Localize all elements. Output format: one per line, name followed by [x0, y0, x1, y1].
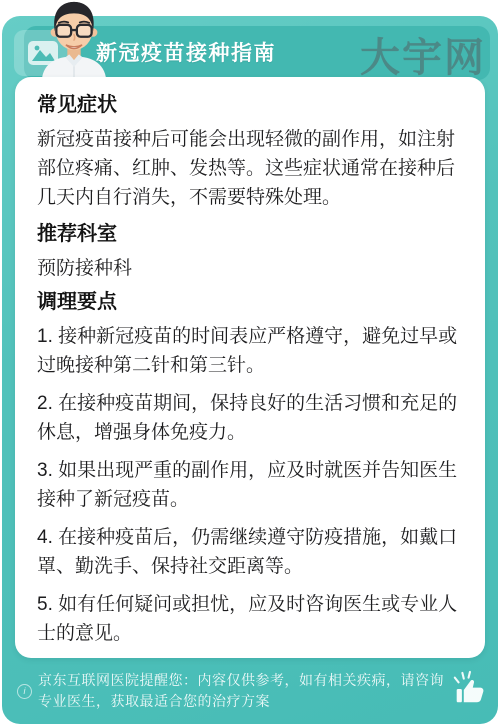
watermark: 大宇网	[360, 26, 486, 83]
section-heading-tips: 调理要点	[37, 289, 463, 315]
department-text: 预防接种科	[37, 254, 463, 283]
section-heading-department: 推荐科室	[37, 221, 463, 247]
tip-item-1: 1. 接种新冠疫苗的时间表应严格遵守，避免过早或过晚接种第二针和第三针。	[37, 322, 463, 380]
thumbs-up-icon[interactable]	[451, 670, 487, 708]
content-card: 常见症状 新冠疫苗接种后可能会出现轻微的副作用，如注射部位疼痛、红肿、发热等。这…	[15, 77, 485, 658]
footer-disclaimer: 京东互联网医院提醒您：内容仅供参考，如有相关疾病，请咨询专业医生，获取最适合您的…	[38, 670, 458, 712]
tip-item-4: 4. 在接种疫苗后，仍需继续遵守防疫措施，如戴口罩、勤洗手、保持社交距离等。	[37, 523, 463, 581]
tip-item-2: 2. 在接种疫苗期间，保持良好的生活习惯和充足的休息，增强身体免疫力。	[37, 389, 463, 447]
info-circle-icon: i	[17, 684, 32, 699]
tip-item-3: 3. 如果出现严重的副作用，应及时就医并告知医生接种了新冠疫苗。	[37, 456, 463, 514]
tip-item-5: 5. 如有任何疑问或担忧，应及时咨询医生或专业人士的意见。	[37, 590, 463, 648]
section-heading-symptoms: 常见症状	[37, 92, 463, 118]
symptoms-text: 新冠疫苗接种后可能会出现轻微的副作用，如注射部位疼痛、红肿、发热等。这些症状通常…	[37, 125, 463, 212]
vaccine-guide-card: 大宇网 新冠疫苗接种指南 常见症状 新冠	[0, 0, 500, 728]
page-title: 新冠疫苗接种指南	[96, 37, 276, 67]
